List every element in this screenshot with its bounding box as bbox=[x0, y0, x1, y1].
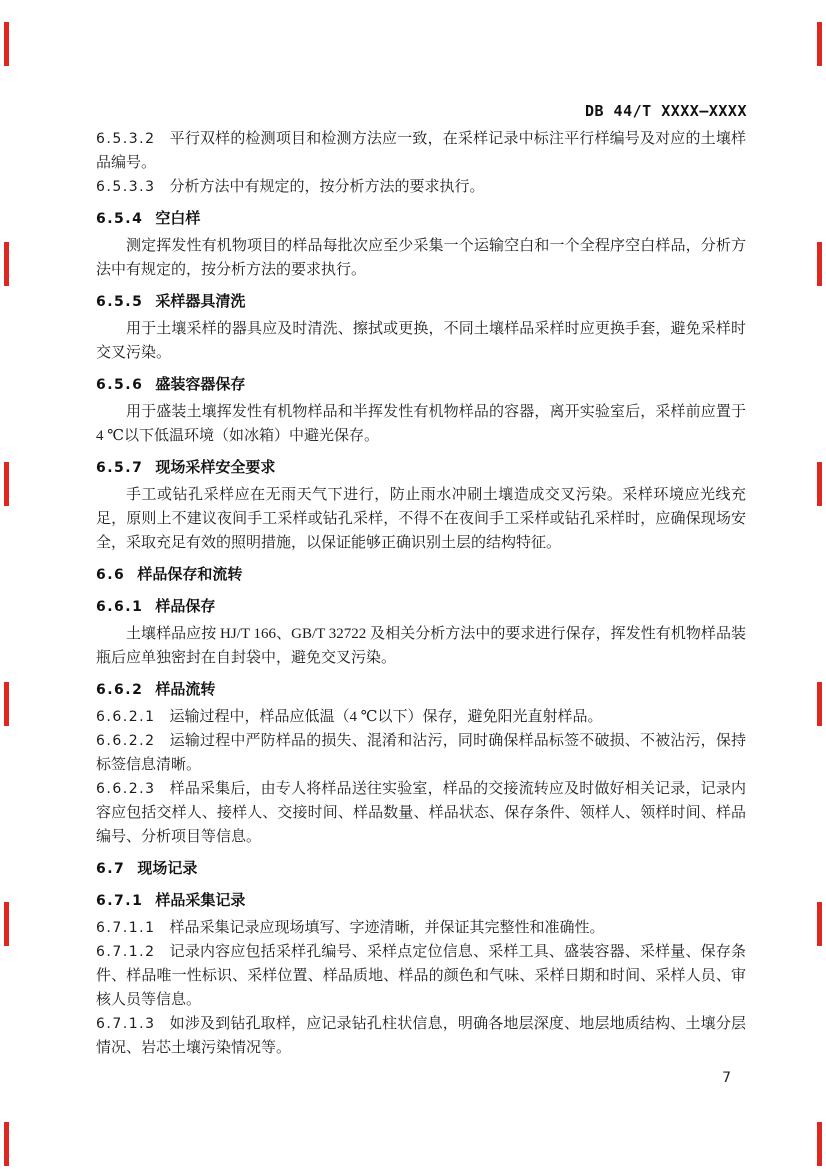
edge-registration-mark bbox=[4, 242, 9, 286]
edge-registration-mark bbox=[817, 682, 822, 726]
heading-number: 6.6.2 bbox=[96, 682, 143, 698]
heading-number: 6.6 bbox=[96, 567, 125, 583]
clause-number: 6.6.2.3 bbox=[96, 781, 155, 797]
heading-text: 采样器具清洗 bbox=[155, 292, 245, 310]
section-heading-6-6-1: 6.6.1样品保存 bbox=[96, 594, 746, 619]
edge-registration-mark bbox=[4, 682, 9, 726]
clause-number: 6.6.2.2 bbox=[96, 733, 155, 749]
clause-text: 分析方法中有规定的，按分析方法的要求执行。 bbox=[169, 179, 484, 195]
heading-number: 6.5.5 bbox=[96, 294, 143, 310]
page-body: 6.5.3.2平行双样的检测项目和检测方法应一致，在采样记录中标注平行样编号及对… bbox=[96, 122, 746, 1060]
edge-registration-mark bbox=[817, 242, 822, 286]
edge-registration-mark bbox=[817, 902, 822, 946]
clause-6-5-3-2: 6.5.3.2平行双样的检测项目和检测方法应一致，在采样记录中标注平行样编号及对… bbox=[96, 127, 746, 175]
heading-text: 样品保存 bbox=[155, 597, 215, 615]
clause-6-5-3-3: 6.5.3.3分析方法中有规定的，按分析方法的要求执行。 bbox=[96, 175, 746, 199]
clause-text: 运输过程中，样品应低温（4 ℃以下）保存，避免阳光直射样品。 bbox=[169, 709, 602, 725]
paragraph: 测定挥发性有机物项目的样品每批次应至少采集一个运输空白和一个全程序空白样品，分析… bbox=[96, 234, 746, 282]
heading-text: 现场采样安全要求 bbox=[155, 458, 275, 476]
paragraph: 土壤样品应按 HJ/T 166、GB/T 32722 及相关分析方法中的要求进行… bbox=[96, 622, 746, 670]
clause-text: 平行双样的检测项目和检测方法应一致，在采样记录中标注平行样编号及对应的土壤样品编… bbox=[96, 131, 746, 171]
heading-text: 样品保存和流转 bbox=[137, 565, 242, 583]
edge-registration-mark bbox=[817, 462, 822, 506]
edge-registration-mark bbox=[4, 902, 9, 946]
heading-number: 6.5.6 bbox=[96, 377, 143, 393]
heading-number: 6.6.1 bbox=[96, 599, 143, 615]
clause-text: 运输过程中严防样品的损失、混淆和沾污，同时确保样品标签不破损、不被沾污，保持标签… bbox=[96, 733, 746, 773]
clause-6-7-1-2: 6.7.1.2记录内容应包括采样孔编号、采样点定位信息、采样工具、盛装容器、采样… bbox=[96, 940, 746, 1012]
heading-number: 6.5.4 bbox=[96, 211, 143, 227]
paragraph: 用于盛装土壤挥发性有机物样品和半挥发性有机物样品的容器，离开实验室后，采样前应置… bbox=[96, 400, 746, 448]
clause-text: 样品采集记录应现场填写、字迹清晰，并保证其完整性和准确性。 bbox=[169, 920, 604, 936]
clause-text: 记录内容应包括采样孔编号、采样点定位信息、采样工具、盛装容器、采样量、保存条件、… bbox=[96, 944, 746, 1008]
clause-number: 6.5.3.2 bbox=[96, 131, 155, 147]
clause-6-6-2-1: 6.6.2.1运输过程中，样品应低温（4 ℃以下）保存，避免阳光直射样品。 bbox=[96, 705, 746, 729]
heading-text: 盛装容器保存 bbox=[155, 375, 245, 393]
edge-registration-mark bbox=[817, 22, 822, 66]
clause-6-6-2-2: 6.6.2.2运输过程中严防样品的损失、混淆和沾污，同时确保样品标签不破损、不被… bbox=[96, 729, 746, 777]
clause-text: 样品采集后，由专人将样品送往实验室，样品的交接流转应及时做好相关记录，记录内容应… bbox=[96, 781, 746, 845]
section-heading-6-6: 6.6样品保存和流转 bbox=[96, 562, 746, 587]
clause-number: 6.7.1.3 bbox=[96, 1016, 155, 1032]
section-heading-6-5-5: 6.5.5采样器具清洗 bbox=[96, 289, 746, 314]
clause-6-7-1-1: 6.7.1.1样品采集记录应现场填写、字迹清晰，并保证其完整性和准确性。 bbox=[96, 916, 746, 940]
heading-text: 样品采集记录 bbox=[155, 891, 245, 909]
edge-registration-mark bbox=[4, 1122, 9, 1166]
heading-text: 样品流转 bbox=[155, 680, 215, 698]
section-heading-6-5-4: 6.5.4空白样 bbox=[96, 206, 746, 231]
heading-number: 6.7 bbox=[96, 861, 125, 877]
section-heading-6-5-7: 6.5.7现场采样安全要求 bbox=[96, 455, 746, 480]
paragraph: 手工或钻孔采样应在无雨天气下进行，防止雨水冲刷土壤造成交叉污染。采样环境应光线充… bbox=[96, 483, 746, 555]
section-heading-6-6-2: 6.6.2样品流转 bbox=[96, 677, 746, 702]
heading-number: 6.7.1 bbox=[96, 893, 143, 909]
clause-text: 如涉及到钻孔取样，应记录钻孔柱状信息，明确各地层深度、地层地质结构、土壤分层情况… bbox=[96, 1016, 746, 1056]
page-number: 7 bbox=[722, 1070, 731, 1086]
heading-number: 6.5.7 bbox=[96, 460, 143, 476]
running-header: DB 44/T XXXX—XXXX bbox=[585, 102, 747, 120]
edge-registration-mark bbox=[4, 462, 9, 506]
document-page: DB 44/T XXXX—XXXX 6.5.3.2平行双样的检测项目和检测方法应… bbox=[0, 0, 826, 1169]
clause-number: 6.7.1.1 bbox=[96, 920, 155, 936]
clause-number: 6.7.1.2 bbox=[96, 944, 155, 960]
heading-text: 现场记录 bbox=[137, 859, 197, 877]
clause-6-6-2-3: 6.6.2.3样品采集后，由专人将样品送往实验室，样品的交接流转应及时做好相关记… bbox=[96, 777, 746, 849]
edge-registration-mark bbox=[817, 1122, 822, 1166]
paragraph: 用于土壤采样的器具应及时清洗、擦拭或更换，不同土壤样品采样时应更换手套，避免采样… bbox=[96, 317, 746, 365]
section-heading-6-7-1: 6.7.1样品采集记录 bbox=[96, 888, 746, 913]
clause-6-7-1-3: 6.7.1.3如涉及到钻孔取样，应记录钻孔柱状信息，明确各地层深度、地层地质结构… bbox=[96, 1012, 746, 1060]
edge-registration-mark bbox=[4, 22, 9, 66]
clause-number: 6.5.3.3 bbox=[96, 179, 155, 195]
heading-text: 空白样 bbox=[155, 209, 200, 227]
clause-number: 6.6.2.1 bbox=[96, 709, 155, 725]
section-heading-6-7: 6.7现场记录 bbox=[96, 856, 746, 881]
section-heading-6-5-6: 6.5.6盛装容器保存 bbox=[96, 372, 746, 397]
